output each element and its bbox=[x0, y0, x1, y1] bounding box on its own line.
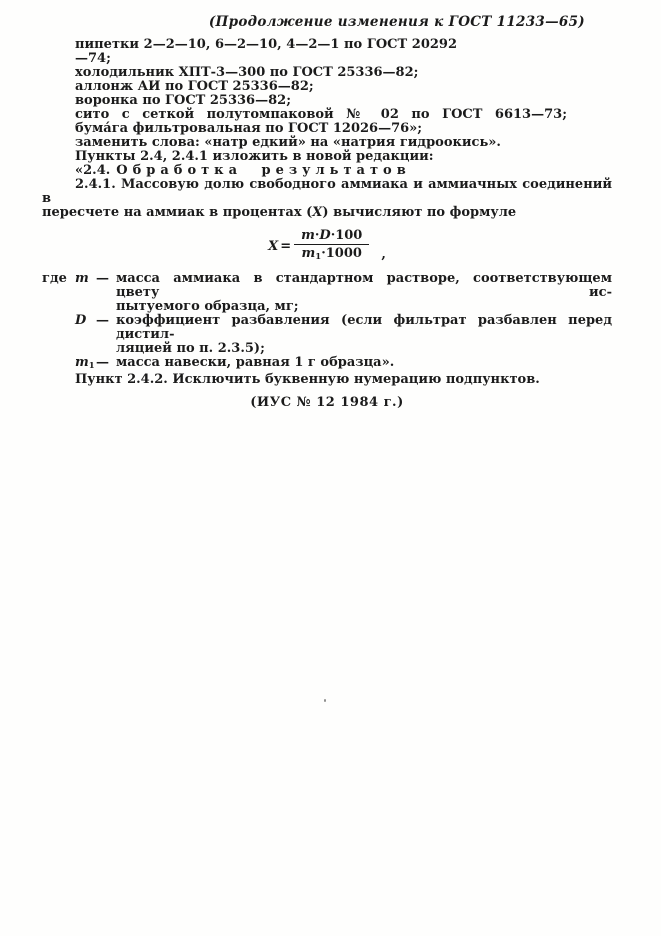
list-line-funnel: воронка по ГОСТ 25336—82; bbox=[75, 94, 612, 108]
where-text-m1: масса навески, равная 1 г образца». bbox=[116, 356, 612, 373]
symbol-m1-sub: 1 bbox=[89, 361, 95, 371]
list-line-pipettes: пипетки 2—2—10, 6—2—10, 4—2—1 по ГОСТ 20… bbox=[75, 38, 457, 66]
list-line-allonge: аллонж АИ по ГОСТ 25336—82; bbox=[75, 80, 612, 94]
formula-denominator: m1·1000 bbox=[294, 244, 369, 265]
publication-reference: (ИУС № 12 1984 г.) bbox=[42, 396, 612, 410]
formula-x-equation: X = m·D·100 m1·1000 , bbox=[42, 228, 612, 265]
document-page: (Продолжение изменения к ГОСТ 11233—65) … bbox=[0, 0, 661, 936]
page-header-continuation: (Продолжение изменения к ГОСТ 11233—65) bbox=[209, 14, 585, 30]
variable-x: X bbox=[312, 205, 322, 220]
where-symbol-m: m bbox=[75, 272, 96, 314]
scan-artifact-dot bbox=[324, 699, 326, 702]
formula-fraction: m·D·100 m1·1000 bbox=[294, 228, 369, 265]
where-text-m: масса аммиака в стандартном растворе, со… bbox=[116, 272, 612, 314]
list-line-refrigerator: холодильник ХПТ-3—300 по ГОСТ 25336—82; bbox=[75, 66, 612, 80]
numerator-d: D bbox=[319, 228, 330, 243]
definition-dash: — bbox=[96, 272, 116, 314]
where-definition-m: где m — масса аммиака в стандартном раст… bbox=[42, 272, 612, 314]
formula-equals-sign: = bbox=[280, 240, 291, 254]
list-line-sieve: сито с сеткой полутомпаковой № 02 по ГОС… bbox=[75, 108, 567, 122]
paragraph-241-line1: 2.4.1. Массовую долю свободного аммиака … bbox=[42, 178, 612, 206]
list-line-filter-paper: бума́га фильтровальная по ГОСТ 12026—76»… bbox=[75, 122, 612, 136]
numerator-100: 100 bbox=[335, 228, 362, 243]
denominator-1000: 1000 bbox=[326, 246, 362, 261]
where-d-line2: ляцией по п. 2.3.5); bbox=[116, 342, 612, 356]
section-heading: «2.4.Обработка результатов bbox=[75, 164, 612, 178]
paragraph-241-line2-pre: пересчете на аммиак в процентах ( bbox=[42, 205, 312, 220]
list-line-items-new-edition: Пункты 2.4, 2.4.1 изложить в новой редак… bbox=[75, 150, 612, 164]
formula-numerator: m·D·100 bbox=[294, 228, 369, 244]
list-line-replace-words: заменить слова: «натр едкий» на «натрия … bbox=[75, 136, 612, 150]
where-symbol-m1: m1 bbox=[75, 356, 96, 373]
formula-trailing-comma: , bbox=[381, 248, 386, 262]
section-heading-title: Обработка результатов bbox=[116, 163, 410, 178]
document-body: пипетки 2—2—10, 6—2—10, 4—2—1 по ГОСТ 20… bbox=[42, 38, 612, 410]
where-d-line1: коэффициент разбавления (если фильтрат р… bbox=[116, 314, 612, 342]
paragraph-242: Пункт 2.4.2. Исключить буквенную нумерац… bbox=[75, 373, 612, 387]
paragraph-241-line2: пересчете на аммиак в процентах (X) вычи… bbox=[42, 206, 612, 220]
where-text-d: коэффициент разбавления (если фильтрат р… bbox=[116, 314, 612, 356]
section-heading-number: «2.4. bbox=[75, 163, 110, 178]
symbol-m: m bbox=[75, 271, 89, 286]
where-intro-spacer bbox=[42, 356, 75, 373]
definition-dash: — bbox=[96, 314, 116, 356]
formula-lhs: X bbox=[268, 240, 278, 254]
denominator-m: m bbox=[302, 246, 316, 261]
where-m-line2: пытуемого образца, мг; bbox=[116, 300, 612, 314]
symbol-d: D bbox=[75, 313, 86, 328]
definition-dash: — bbox=[96, 356, 116, 373]
where-definition-d: D — коэффициент разбавления (если фильтр… bbox=[42, 314, 612, 356]
where-m-line1: масса аммиака в стандартном растворе, со… bbox=[116, 272, 612, 300]
where-m1-line1: масса навески, равная 1 г образца». bbox=[116, 356, 612, 370]
symbol-m1: m bbox=[75, 355, 89, 370]
where-definition-m1: m1 — масса навески, равная 1 г образца». bbox=[42, 356, 612, 373]
numerator-m: m bbox=[301, 228, 315, 243]
where-symbol-d: D bbox=[75, 314, 96, 356]
where-intro-label: где bbox=[42, 272, 75, 314]
paragraph-241-line2-post: ) вычисляют по формуле bbox=[322, 205, 516, 220]
where-intro-spacer bbox=[42, 314, 75, 356]
